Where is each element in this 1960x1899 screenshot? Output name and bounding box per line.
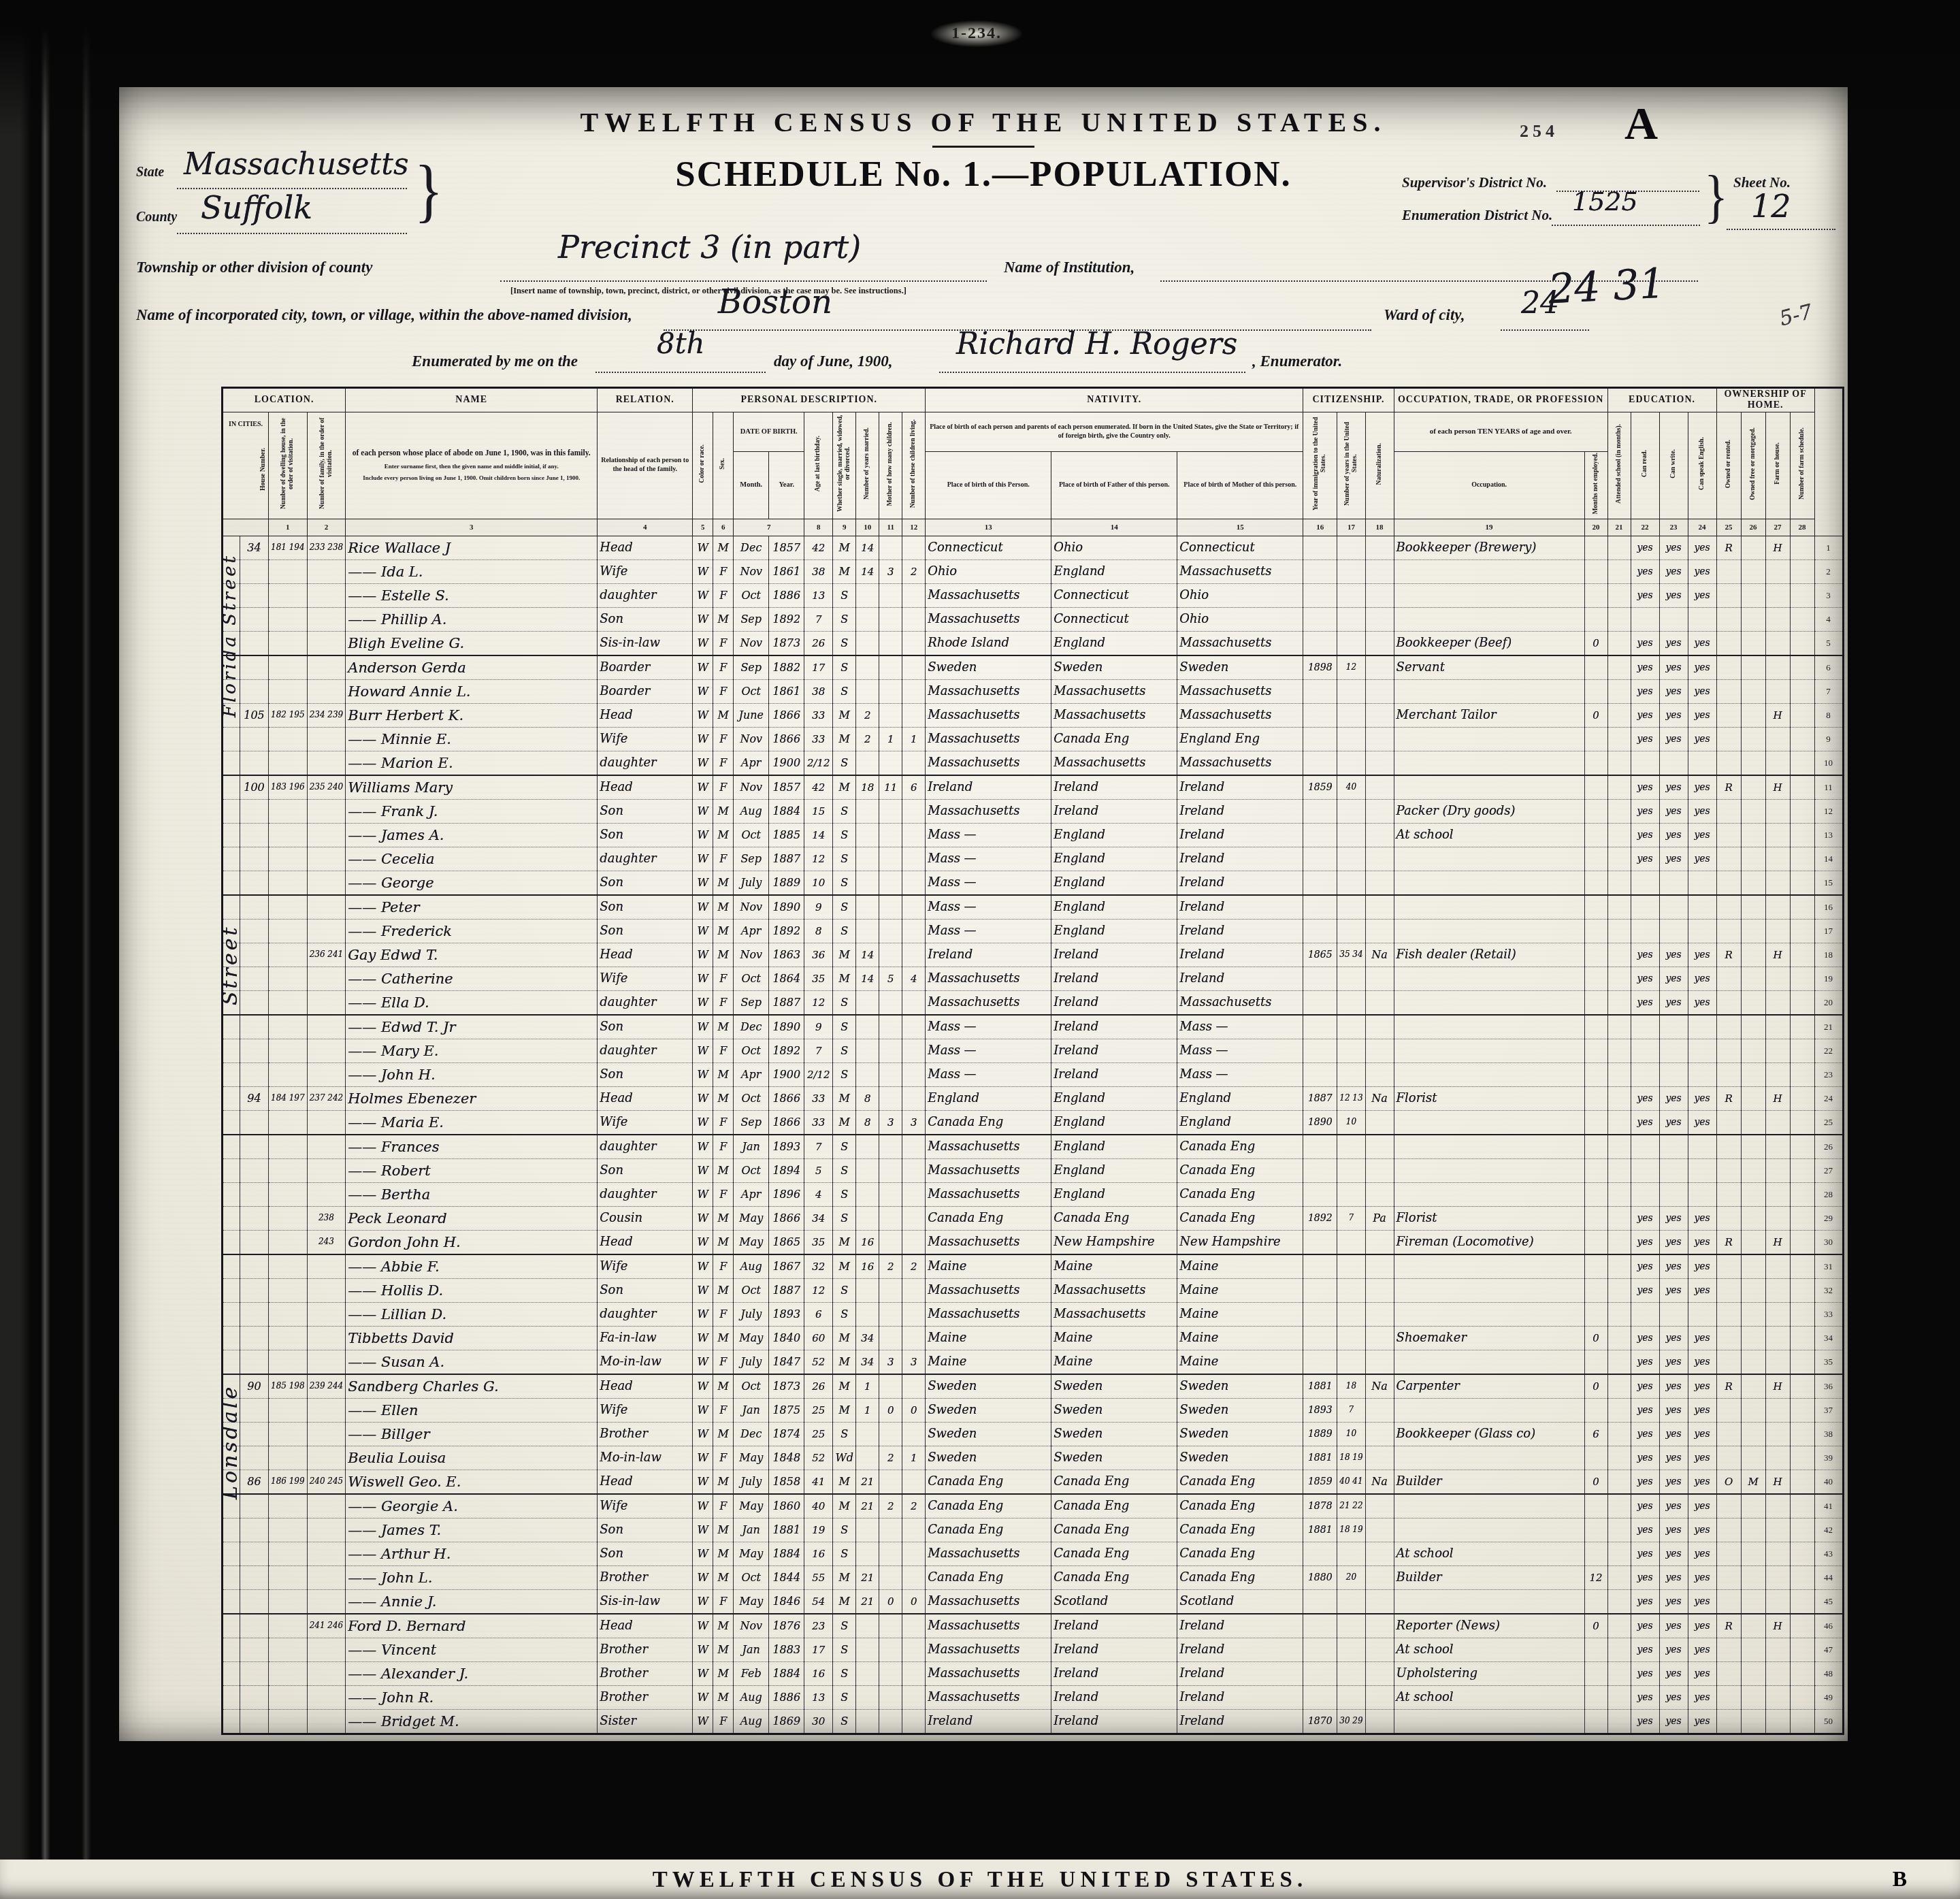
cell-name: Sandberg Charles G. (346, 1374, 598, 1399)
cell-color: W (693, 871, 713, 895)
cell-ln: 39 (1814, 1446, 1843, 1470)
cell-bmo: May (734, 1589, 769, 1614)
cell-yus: 10 (1337, 1422, 1365, 1446)
cell-ln: 23 (1814, 1062, 1843, 1086)
cell-name: Howard Annie L. (346, 679, 598, 703)
cell-mtg (1741, 1350, 1765, 1374)
cell-pobf: England (1051, 559, 1177, 583)
cell-mb (879, 1709, 902, 1734)
cell-yus (1337, 1135, 1365, 1159)
cell-pob: Maine (926, 1326, 1051, 1350)
cell-fs (1790, 1589, 1814, 1614)
cell-rd: yes (1631, 1685, 1659, 1709)
cell-mb (879, 1518, 902, 1542)
cell-age: 32 (804, 1254, 833, 1279)
cell-mtg (1741, 1158, 1765, 1182)
cell-pob: Massachusetts (926, 1542, 1051, 1565)
cell-age: 4 (804, 1182, 833, 1206)
cell-mne (1584, 1110, 1607, 1135)
cell-dwell (269, 1565, 308, 1589)
cell-ln: 49 (1814, 1685, 1843, 1709)
cell-ym (856, 1062, 879, 1086)
cell-rel: Mo-in-law (598, 1446, 693, 1470)
cell-mtg (1741, 631, 1765, 655)
cell-color: W (693, 1614, 713, 1638)
cell-mne (1584, 1661, 1607, 1685)
cell-sch (1607, 1446, 1631, 1470)
cell-color: W (693, 895, 713, 920)
cell-en: yes (1688, 655, 1716, 680)
cell-wr: yes (1659, 536, 1688, 559)
cell-byr: 1893 (769, 1135, 804, 1159)
cell-en: yes (1688, 559, 1716, 583)
cell-fs (1790, 1350, 1814, 1374)
cell-mtg (1741, 1565, 1765, 1589)
cell-color: W (693, 1470, 713, 1494)
cell-yus (1337, 1278, 1365, 1302)
cell-pobm: England (1177, 1086, 1303, 1110)
cell-house: 90 (240, 1374, 269, 1399)
cell-yus (1337, 1589, 1365, 1614)
cell-ln: 48 (1814, 1661, 1843, 1685)
cell-rd: yes (1631, 1470, 1659, 1494)
cell-street (223, 799, 240, 823)
cell-fam (307, 583, 346, 607)
cell-byr: 1892 (769, 607, 804, 631)
cell-yus (1337, 1062, 1365, 1086)
scan-edge-streaks (0, 0, 119, 1899)
cell-pobf: England (1051, 631, 1177, 655)
cell-color: W (693, 1565, 713, 1589)
cell-mne (1584, 847, 1607, 871)
cell-mtg (1741, 583, 1765, 607)
cell-nat (1365, 559, 1394, 583)
cell-mb (879, 1542, 902, 1565)
cell-fam: 239 244 (307, 1374, 346, 1399)
cell-ym: 16 (856, 1254, 879, 1279)
cell-fs (1790, 1446, 1814, 1470)
cell-rel: Head (598, 775, 693, 800)
cell-color: W (693, 1182, 713, 1206)
cell-fs (1790, 679, 1814, 703)
name-note-1: Enter surname first, then the given name… (346, 463, 596, 470)
cell-ln: 5 (1814, 631, 1843, 655)
cell-dwell (269, 1350, 308, 1374)
cell-mtg (1741, 1302, 1765, 1326)
cell-mtg (1741, 1518, 1765, 1542)
cell-nat (1365, 1398, 1394, 1422)
cell-ml: 4 (902, 967, 926, 990)
cell-nat (1365, 990, 1394, 1015)
cell-dwell (269, 823, 308, 847)
colnum-blank (223, 519, 269, 536)
cell-mne (1584, 1350, 1607, 1374)
cell-nat: Na (1365, 1470, 1394, 1494)
cell-imm (1303, 1015, 1337, 1039)
colnum-22: 22 (1631, 519, 1659, 536)
cell-nat (1365, 1518, 1394, 1542)
cell-rel: Son (598, 871, 693, 895)
cell-sch (1607, 990, 1631, 1015)
cell-sex: F (713, 727, 734, 751)
cell-imm: 1878 (1303, 1494, 1337, 1519)
cell-ml (902, 679, 926, 703)
cell-occ (1394, 1135, 1584, 1159)
cell-name: —— James A. (346, 823, 598, 847)
cell-pobf: Ireland (1051, 799, 1177, 823)
cell-name: —— Ellen (346, 1398, 598, 1422)
cell-age: 54 (804, 1589, 833, 1614)
cell-rel: Brother (598, 1422, 693, 1446)
cell-own (1716, 1182, 1741, 1206)
cell-mne: 0 (1584, 1374, 1607, 1399)
cell-house (240, 1110, 269, 1135)
cell-pobm: Canada Eng (1177, 1494, 1303, 1519)
cell-bmo: May (734, 1542, 769, 1565)
cell-en: yes (1688, 1709, 1716, 1734)
cell-pobf: Sweden (1051, 1374, 1177, 1399)
cell-mne (1584, 1494, 1607, 1519)
cell-own: O (1716, 1470, 1741, 1494)
cell-house (240, 823, 269, 847)
cell-pob: Massachusetts (926, 1661, 1051, 1685)
cell-ml: 2 (902, 1254, 926, 1279)
state-value: Massachusetts (184, 147, 409, 182)
cell-fam: 236 241 (307, 943, 346, 967)
cell-ml (902, 1158, 926, 1182)
cell-byr: 1864 (769, 967, 804, 990)
supervisor-district-label: Supervisor's District No. (1402, 174, 1547, 191)
cell-pob: Ireland (926, 943, 1051, 967)
cell-mar: S (833, 990, 856, 1015)
cell-color: W (693, 1494, 713, 1519)
cell-imm (1303, 847, 1337, 871)
cell-rel: Son (598, 1015, 693, 1039)
cell-ln: 45 (1814, 1589, 1843, 1614)
cell-rd: yes (1631, 1614, 1659, 1638)
cell-dwell (269, 1709, 308, 1734)
cell-own (1716, 990, 1741, 1015)
cell-dwell (269, 799, 308, 823)
cell-street (223, 1685, 240, 1709)
cell-mb (879, 1062, 902, 1086)
cell-own: R (1716, 1230, 1741, 1254)
cell-pobf: England (1051, 1135, 1177, 1159)
cell-en (1688, 1015, 1716, 1039)
cell-house (240, 1422, 269, 1446)
cell-mtg (1741, 847, 1765, 871)
cell-pobf: Ireland (1051, 1709, 1177, 1734)
cell-byr: 1860 (769, 1494, 804, 1519)
cell-yus (1337, 967, 1365, 990)
colnum-13: 13 (926, 519, 1051, 536)
cell-rel: Head (598, 1614, 693, 1638)
cell-sex: M (713, 1326, 734, 1350)
cell-imm (1303, 607, 1337, 631)
cell-fs (1790, 967, 1814, 990)
form-number-mark: 1-234. (931, 20, 1022, 47)
cell-occ (1394, 1350, 1584, 1374)
cell-rd: yes (1631, 823, 1659, 847)
cell-ml (902, 655, 926, 680)
cell-nat (1365, 1062, 1394, 1086)
township-label: Township or other division of county (136, 259, 372, 276)
cell-occ: Shoemaker (1394, 1326, 1584, 1350)
cell-house (240, 1039, 269, 1062)
cell-ln: 20 (1814, 990, 1843, 1015)
cell-street (223, 1110, 240, 1135)
cell-ml (902, 1638, 926, 1661)
cell-ym (856, 679, 879, 703)
cell-rd: yes (1631, 775, 1659, 800)
cell-mne (1584, 1446, 1607, 1470)
cell-bmo: May (734, 1446, 769, 1470)
cell-age: 13 (804, 1685, 833, 1709)
cell-rel: Cousin (598, 1206, 693, 1230)
colnum-24: 24 (1688, 519, 1716, 536)
cell-own (1716, 1062, 1741, 1086)
cell-name: —— Alexander J. (346, 1661, 598, 1685)
cell-color: W (693, 631, 713, 655)
cell-sch (1607, 895, 1631, 920)
cell-own (1716, 559, 1741, 583)
colnum-2: 2 (307, 519, 346, 536)
cell-age: 33 (804, 1086, 833, 1110)
cell-occ (1394, 751, 1584, 775)
cell-name: Holmes Ebenezer (346, 1086, 598, 1110)
cell-mb: 5 (879, 967, 902, 990)
cell-pobf: Ireland (1051, 1685, 1177, 1709)
cell-fam (307, 1542, 346, 1565)
cell-byr: 1869 (769, 1709, 804, 1734)
ward-label: Ward of city, (1384, 306, 1465, 324)
cell-ln: 46 (1814, 1614, 1843, 1638)
group-name: NAME (346, 388, 598, 412)
cell-nat (1365, 1446, 1394, 1470)
cell-pobm: Maine (1177, 1350, 1303, 1374)
cell-ym (856, 1422, 879, 1446)
cell-age: 34 (804, 1206, 833, 1230)
cell-fh: H (1765, 775, 1790, 800)
cell-yus (1337, 1254, 1365, 1279)
cell-yus (1337, 1685, 1365, 1709)
cell-fam (307, 1661, 346, 1685)
cell-nat (1365, 1350, 1394, 1374)
cell-mb (879, 1015, 902, 1039)
birth-month-header: Month. (734, 452, 769, 519)
cell-fam (307, 727, 346, 751)
cell-mar: S (833, 1039, 856, 1062)
cell-sex: F (713, 1494, 734, 1519)
cell-rd (1631, 751, 1659, 775)
cell-mne (1584, 1518, 1607, 1542)
cell-fam (307, 631, 346, 655)
cell-house (240, 751, 269, 775)
cell-wr (1659, 919, 1688, 943)
cell-occ: Packer (Dry goods) (1394, 799, 1584, 823)
cell-mar: M (833, 1254, 856, 1279)
cell-nat (1365, 919, 1394, 943)
cell-bmo: Apr (734, 919, 769, 943)
cell-fh (1765, 655, 1790, 680)
cell-nat (1365, 631, 1394, 655)
cell-mne: 0 (1584, 631, 1607, 655)
cell-rel: Son (598, 1062, 693, 1086)
cell-dwell (269, 679, 308, 703)
cell-fs (1790, 1374, 1814, 1399)
cell-mtg (1741, 1422, 1765, 1446)
cell-name: —— John H. (346, 1062, 598, 1086)
cell-fh (1765, 1565, 1790, 1589)
cell-en: yes (1688, 1446, 1716, 1470)
cell-fam (307, 1015, 346, 1039)
cell-mb: 3 (879, 1350, 902, 1374)
cell-rel: Fa-in-law (598, 1326, 693, 1350)
cell-fs (1790, 919, 1814, 943)
cell-imm (1303, 967, 1337, 990)
cell-color: W (693, 1446, 713, 1470)
cell-ym: 14 (856, 967, 879, 990)
immigration-year-header: Year of immigration to the United States… (1303, 412, 1337, 519)
cell-ym (856, 1182, 879, 1206)
cell-age: 35 (804, 1230, 833, 1254)
cell-age: 52 (804, 1350, 833, 1374)
cell-sch (1607, 1470, 1631, 1494)
cell-name: —— Estelle S. (346, 583, 598, 607)
cell-ml (902, 1135, 926, 1159)
cell-pob: Massachusetts (926, 990, 1051, 1015)
cell-pobm: Massachusetts (1177, 631, 1303, 655)
cell-mtg (1741, 1278, 1765, 1302)
cell-nat (1365, 1302, 1394, 1326)
cell-yus: 30 29 (1337, 1709, 1365, 1734)
cell-en: yes (1688, 1638, 1716, 1661)
cell-dwell (269, 943, 308, 967)
cell-byr: 1892 (769, 1039, 804, 1062)
cell-bmo: Sep (734, 655, 769, 680)
cell-age: 7 (804, 1135, 833, 1159)
cell-sch (1607, 1374, 1631, 1399)
cell-mne (1584, 583, 1607, 607)
cell-wr: yes (1659, 1398, 1688, 1422)
cell-mb (879, 751, 902, 775)
cell-imm (1303, 895, 1337, 920)
cell-ln: 30 (1814, 1230, 1843, 1254)
cell-pobm: England (1177, 1110, 1303, 1135)
cell-yus (1337, 1661, 1365, 1685)
cell-mne (1584, 1278, 1607, 1302)
cell-mne (1584, 1589, 1607, 1614)
cell-wr (1659, 1135, 1688, 1159)
cell-sex: F (713, 1398, 734, 1422)
cell-mar: M (833, 967, 856, 990)
cell-ln: 32 (1814, 1278, 1843, 1302)
cell-yus: 18 19 (1337, 1518, 1365, 1542)
cell-fh (1765, 679, 1790, 703)
cell-fam (307, 799, 346, 823)
cell-house (240, 1685, 269, 1709)
cell-sex: M (713, 1422, 734, 1446)
street-name-street: Street (218, 863, 242, 1067)
cell-pobm: Ireland (1177, 871, 1303, 895)
cell-fh (1765, 990, 1790, 1015)
cell-fs (1790, 1470, 1814, 1494)
cell-color: W (693, 655, 713, 680)
cell-color: W (693, 1326, 713, 1350)
cell-fh (1765, 1158, 1790, 1182)
cell-mar: S (833, 1015, 856, 1039)
cell-dwell (269, 990, 308, 1015)
cell-pobf: Ireland (1051, 943, 1177, 967)
cell-sch (1607, 1326, 1631, 1350)
cell-name: —— Minnie E. (346, 727, 598, 751)
cell-ml (902, 1709, 926, 1734)
cell-sch (1607, 536, 1631, 559)
cell-bmo: Apr (734, 1062, 769, 1086)
cell-bmo: Feb (734, 1661, 769, 1685)
cell-ym (856, 1709, 879, 1734)
cell-mtg (1741, 1709, 1765, 1734)
colnum-25: 25 (1716, 519, 1741, 536)
cell-byr: 1840 (769, 1326, 804, 1350)
cell-fam: 243 (307, 1230, 346, 1254)
cell-yus (1337, 679, 1365, 703)
cell-fam (307, 1350, 346, 1374)
cell-mar: M (833, 1398, 856, 1422)
cell-mb (879, 631, 902, 655)
cell-occ: Bookkeeper (Glass co) (1394, 1422, 1584, 1446)
cell-en: yes (1688, 631, 1716, 655)
cell-occ: Builder (1394, 1470, 1584, 1494)
cell-en (1688, 895, 1716, 920)
cell-dwell (269, 1182, 308, 1206)
cell-mar: M (833, 727, 856, 751)
cell-street (223, 1661, 240, 1685)
cell-yus (1337, 919, 1365, 943)
cell-name: Williams Mary (346, 775, 598, 800)
cell-pobm: Sweden (1177, 1374, 1303, 1399)
cell-rd: yes (1631, 1110, 1659, 1135)
page-title: TWELFTH CENSUS OF THE UNITED STATES. (119, 106, 1848, 138)
cell-rel: Sister (598, 1709, 693, 1734)
cell-nat (1365, 799, 1394, 823)
cell-house (240, 583, 269, 607)
cell-bmo: Oct (734, 583, 769, 607)
cell-bmo: Jan (734, 1638, 769, 1661)
cell-name: —— Bertha (346, 1182, 598, 1206)
cell-sex: F (713, 967, 734, 990)
mother-of-children-header: Mother of how many children. (879, 412, 902, 519)
cell-nat (1365, 1614, 1394, 1638)
cell-sex: M (713, 1206, 734, 1230)
colnum-26: 26 (1741, 519, 1765, 536)
cell-dwell (269, 1422, 308, 1446)
cell-mar: M (833, 703, 856, 727)
cell-mar: S (833, 823, 856, 847)
cell-age: 12 (804, 990, 833, 1015)
cell-mar: S (833, 655, 856, 680)
cell-ym (856, 1638, 879, 1661)
cell-fs (1790, 631, 1814, 655)
cell-mtg (1741, 1685, 1765, 1709)
cell-pobm: Sweden (1177, 655, 1303, 680)
cell-mar: S (833, 583, 856, 607)
cell-ml (902, 1086, 926, 1110)
cell-age: 55 (804, 1565, 833, 1589)
cell-en: yes (1688, 1230, 1716, 1254)
cell-occ (1394, 847, 1584, 871)
cell-rel: Son (598, 1542, 693, 1565)
